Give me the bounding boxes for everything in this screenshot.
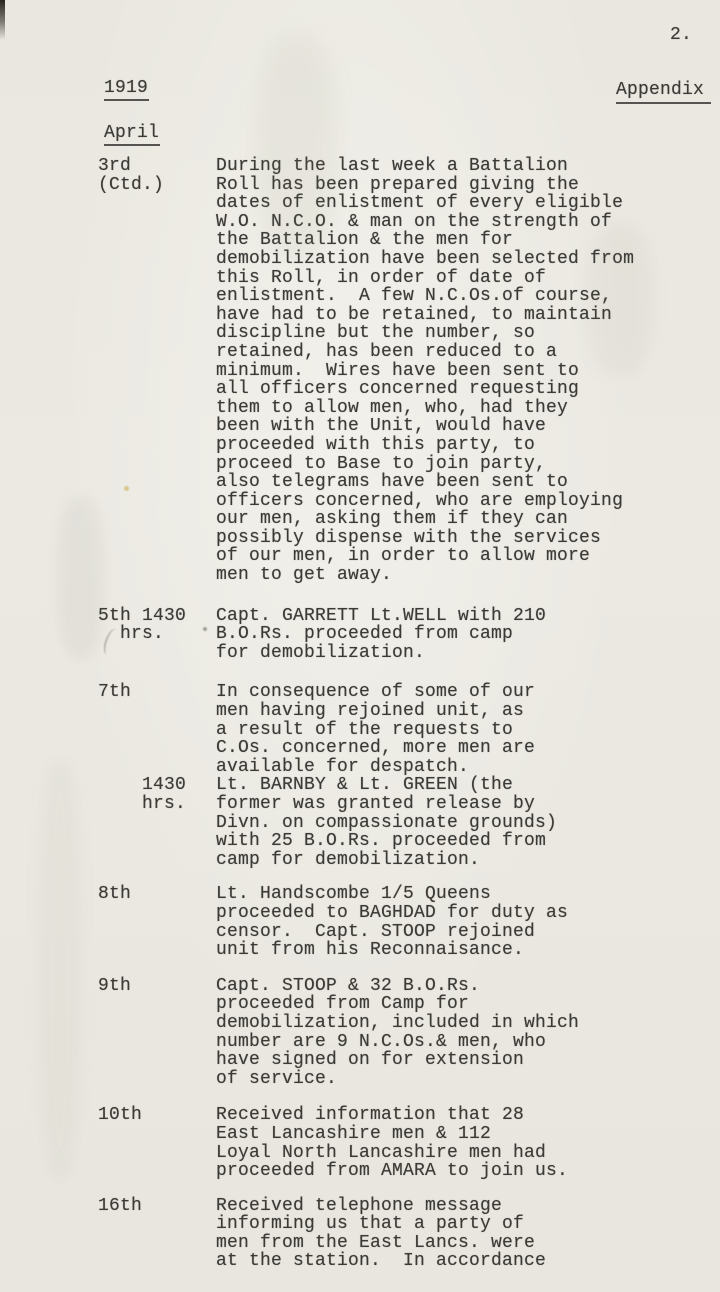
entry-text-line: During the last week a Battalion: [216, 157, 688, 176]
entry-text-column: Lt. BARNBY & Lt. GREEN (theformer was gr…: [216, 776, 688, 869]
entry-text-line: In consequence of some of our: [216, 683, 688, 702]
entry-text-line: Received information that 28: [216, 1106, 688, 1125]
entry-date-line: 10th: [98, 1106, 216, 1125]
entry-date-line: 16th: [98, 1197, 216, 1216]
entry-date-column: 9th: [98, 977, 216, 1089]
entry-text-line: proceeded to BAGHDAD for duty as: [216, 904, 688, 923]
entry-text-line: of service.: [216, 1070, 688, 1089]
entry-text-line: have signed on for extension: [216, 1051, 688, 1070]
entry-text-line: censor. Capt. STOOP rejoined: [216, 923, 688, 942]
entry-text-line: all officers concerned requesting: [216, 380, 688, 399]
entry-date-column: 10th: [98, 1106, 216, 1180]
entry-text-line: dates of enlistment of every eligible: [216, 194, 688, 213]
entry-text-line: officers concerned, who are employing: [216, 492, 688, 511]
entry-date-column: 8th: [98, 885, 216, 959]
entry-text-line: Lt. BARNBY & Lt. GREEN (the: [216, 776, 688, 795]
entry-text-line: C.Os. concerned, more men are: [216, 739, 688, 758]
entry-text-column: During the last week a BattalionRoll has…: [216, 157, 688, 585]
entry-text-column: Capt. GARRETT Lt.WELL with 210B.O.Rs. pr…: [216, 607, 688, 663]
entry-text-line: men from the East Lancs. were: [216, 1234, 688, 1253]
entry-text-line: the Battalion & the men for: [216, 231, 688, 250]
entry-text-line: with 25 B.O.Rs. proceeded from: [216, 832, 688, 851]
entry-date-column: 7th: [98, 683, 216, 776]
diary-entry: 10thReceived information that 28East Lan…: [98, 1106, 688, 1180]
entry-text-line: Capt. STOOP & 32 B.O.Rs.: [216, 977, 688, 996]
entry-text-line: our men, asking them if they can: [216, 510, 688, 529]
entry-text-line: enlistment. A few N.C.Os.of course,: [216, 287, 688, 306]
page-number: 2.: [670, 26, 692, 45]
entry-text-line: Capt. GARRETT Lt.WELL with 210: [216, 607, 688, 626]
entry-text-line: former was granted release by: [216, 795, 688, 814]
entry-text-line: of our men, in order to allow more: [216, 547, 688, 566]
entry-text-line: possibly dispense with the services: [216, 529, 688, 548]
entry-text-line: Divn. on compassionate grounds): [216, 814, 688, 833]
scan-edge-mark: [0, 0, 5, 40]
entry-text-line: discipline but the number, so: [216, 324, 688, 343]
entry-text-line: proceeded with this party, to: [216, 436, 688, 455]
entry-text-column: Received telephone messageinforming us t…: [216, 1197, 688, 1271]
entry-text-column: Received information that 28East Lancash…: [216, 1106, 688, 1180]
entry-text-line: also telegrams have been sent to: [216, 473, 688, 492]
entry-text-line: them to allow men, who, had they: [216, 399, 688, 418]
entry-date-column: 3rd(Ctd.): [98, 157, 216, 585]
entry-text-line: retained, has been reduced to a: [216, 343, 688, 362]
entry-date-line: 7th: [98, 683, 216, 702]
entry-text-line: camp for demobilization.: [216, 851, 688, 870]
entry-text-line: unit from his Reconnaisance.: [216, 941, 688, 960]
diary-entry: 3rd(Ctd.)During the last week a Battalio…: [98, 157, 688, 585]
entry-date-line: 1430: [98, 776, 216, 795]
entry-text-line: Loyal North Lancashire men had: [216, 1144, 688, 1163]
diary-entries: 3rd(Ctd.)During the last week a Battalio…: [98, 157, 688, 1289]
ink-dot: [203, 627, 207, 631]
entry-date-line: hrs.: [98, 795, 216, 814]
diary-entry: 16thReceived telephone messageinforming …: [98, 1197, 688, 1271]
month-heading: April: [104, 124, 160, 146]
entry-text-line: proceed to Base to join party,: [216, 455, 688, 474]
entry-date-line: 3rd: [98, 157, 216, 176]
entry-text-column: Capt. STOOP & 32 B.O.Rs.proceeded from C…: [216, 977, 688, 1089]
year-heading: 1919: [104, 79, 149, 101]
entry-date-line: 5th 1430: [98, 607, 216, 626]
entry-text-line: been with the Unit, would have: [216, 417, 688, 436]
entry-text-line: at the station. In accordance: [216, 1252, 688, 1271]
entry-text-line: Received telephone message: [216, 1197, 688, 1216]
entry-text-line: have had to be retained, to maintain: [216, 306, 688, 325]
entry-text-line: minimum. Wires have been sent to: [216, 362, 688, 381]
entry-text-line: available for despatch.: [216, 758, 688, 777]
entry-text-line: a result of the requests to: [216, 721, 688, 740]
entry-text-line: informing us that a party of: [216, 1215, 688, 1234]
entry-date-line: (Ctd.): [98, 176, 216, 195]
entry-text-line: number are 9 N.C.Os.& men, who: [216, 1033, 688, 1052]
appendix-heading: Appendix: [616, 81, 711, 104]
entry-date-line: 8th: [98, 885, 216, 904]
entry-date-column: 16th: [98, 1197, 216, 1271]
diary-entry: 1430 hrs.Lt. BARNBY & Lt. GREEN (theform…: [98, 776, 688, 869]
entry-text-line: W.O. N.C.O. & man on the strength of: [216, 213, 688, 232]
entry-text-line: for demobilization.: [216, 644, 688, 663]
entry-text-line: proceeded from AMARA to join us.: [216, 1162, 688, 1181]
entry-text-line: Lt. Handscombe 1/5 Queens: [216, 885, 688, 904]
paper-fleck: [124, 486, 129, 491]
entry-text-line: men having rejoined unit, as: [216, 702, 688, 721]
entry-text-line: proceeded from Camp for: [216, 995, 688, 1014]
diary-entry: 9thCapt. STOOP & 32 B.O.Rs.proceeded fro…: [98, 977, 688, 1089]
paper-smudge: [40, 760, 80, 1180]
document-page: 2. 1919 Appendix April 3rd(Ctd.)During t…: [0, 0, 720, 1292]
entry-text-column: Lt. Handscombe 1/5 Queensproceeded to BA…: [216, 885, 688, 959]
diary-entry: 8thLt. Handscombe 1/5 Queensproceeded to…: [98, 885, 688, 959]
entry-text-line: men to get away.: [216, 566, 688, 585]
diary-entry: 5th 1430 hrs.Capt. GARRETT Lt.WELL with …: [98, 607, 688, 663]
entry-text-column: In consequence of some of ourmen having …: [216, 683, 688, 776]
entry-date-line: 9th: [98, 977, 216, 996]
diary-entry: 7thIn consequence of some of ourmen havi…: [98, 683, 688, 776]
entry-text-line: demobilization have been selected from: [216, 250, 688, 269]
entry-text-line: Roll has been prepared giving the: [216, 176, 688, 195]
entry-text-line: East Lancashire men & 112: [216, 1125, 688, 1144]
entry-text-line: B.O.Rs. proceeded from camp: [216, 625, 688, 644]
entry-text-line: this Roll, in order of date of: [216, 269, 688, 288]
entry-text-line: demobilization, included in which: [216, 1014, 688, 1033]
entry-date-column: 1430 hrs.: [98, 776, 216, 869]
